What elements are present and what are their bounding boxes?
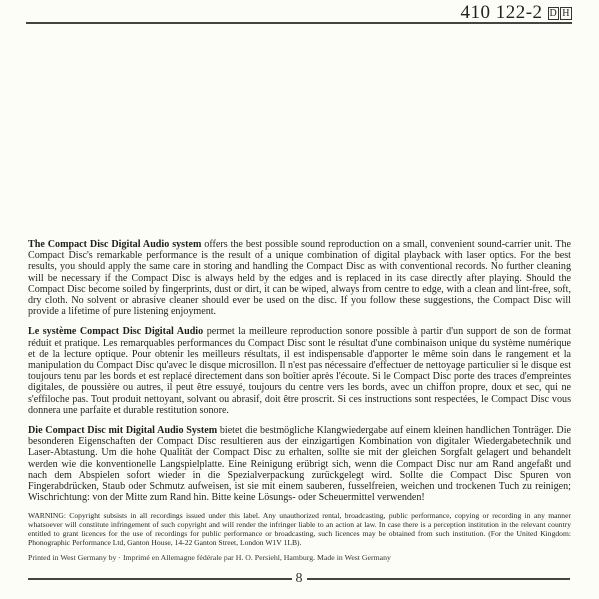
french-body: permet la meilleure reproduction sonore …	[28, 326, 571, 415]
english-paragraph: The Compact Disc Digital Audio system of…	[28, 239, 571, 317]
german-body: bietet die bestmögliche Klangwiedergabe …	[28, 425, 571, 503]
german-paragraph: Die Compact Disc mit Digital Audio Syste…	[28, 425, 571, 503]
footer-rule-right	[307, 578, 571, 579]
booklet-text: The Compact Disc Digital Audio system of…	[28, 239, 571, 557]
badge-letter-d: D	[548, 7, 560, 20]
ddd-code-badge: D H	[547, 7, 572, 20]
german-lead: Die Compact Disc mit Digital Audio Syste…	[28, 425, 217, 436]
english-lead: The Compact Disc Digital Audio system	[28, 239, 201, 250]
badge-letter-h: H	[560, 7, 572, 20]
catalog-number: 410 122-2 D H	[460, 2, 572, 24]
english-body: offers the best possible sound reproduct…	[28, 239, 571, 317]
footer-rule-left	[28, 578, 292, 579]
french-lead: Le système Compact Disc Digital Audio	[28, 326, 203, 337]
printed-in-notice: Printed in West Germany by · Imprimé en …	[28, 553, 391, 562]
catalog-number-text: 410 122-2	[460, 2, 542, 24]
copyright-warning: WARNING: Copyright subsists in all recor…	[28, 512, 571, 548]
header-rule	[26, 22, 572, 24]
french-paragraph: Le système Compact Disc Digital Audio pe…	[28, 326, 571, 416]
page-footer: 8	[28, 571, 570, 587]
page-number: 8	[296, 571, 303, 587]
